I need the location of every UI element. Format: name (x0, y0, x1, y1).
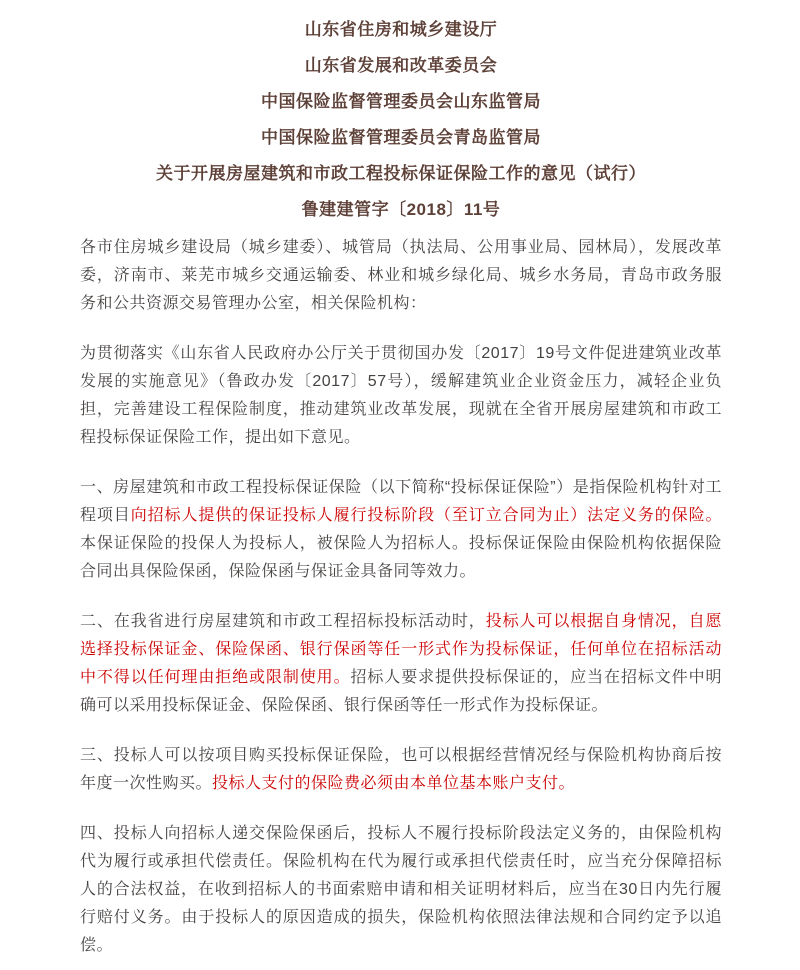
document-body: 各市住房城乡建设局（城乡建委）、城管局（执法局、公用事业局、园林局），发展改革委… (80, 234, 722, 960)
paragraph: 为贯彻落实《山东省人民政府办公厅关于贯彻国办发〔2017〕19号文件促进建筑业改… (80, 340, 722, 452)
doc-title-line-issuer-3: 中国保险监督管理委员会山东监管局 (80, 84, 722, 120)
text-segment: 各市住房城乡建设局（城乡建委）、城管局（执法局、公用事业局、园林局），发展改革委… (80, 239, 722, 312)
text-segment: 二、在我省进行房屋建筑和市政工程招标投标活动时， (80, 613, 486, 630)
text-segment: 为贯彻落实《山东省人民政府办公厅关于贯彻国办发〔2017〕19号文件促进建筑业改… (80, 345, 722, 446)
document-header: 山东省住房和城乡建设厅 山东省发展和改革委员会 中国保险监督管理委员会山东监管局… (80, 12, 722, 228)
highlighted-text-segment: 投标人支付的保险费必须由本单位基本账户支付。 (212, 775, 575, 792)
paragraph: 四、投标人向招标人递交保险保函后，投标人不履行投标阶段法定义务的，由保险机构代为… (80, 820, 722, 960)
doc-title-subject: 关于开展房屋建筑和市政工程投标保证保险工作的意见（试行） (80, 156, 722, 192)
highlighted-text-segment: 向招标人提供的保证投标人履行投标阶段（至订立合同为止）法定义务的保险。 (131, 507, 722, 524)
document-page: 山东省住房和城乡建设厅 山东省发展和改革委员会 中国保险监督管理委员会山东监管局… (0, 0, 800, 970)
paragraph: 各市住房城乡建设局（城乡建委）、城管局（执法局、公用事业局、园林局），发展改革委… (80, 234, 722, 318)
doc-title-line-issuer-1: 山东省住房和城乡建设厅 (80, 12, 722, 48)
text-segment: 四、投标人向招标人递交保险保函后，投标人不履行投标阶段法定义务的，由保险机构代为… (80, 825, 722, 954)
doc-title-line-issuer-4: 中国保险监督管理委员会青岛监管局 (80, 120, 722, 156)
paragraph: 二、在我省进行房屋建筑和市政工程招标投标活动时，投标人可以根据自身情况，自愿选择… (80, 608, 722, 720)
doc-number: 鲁建建管字〔2018〕11号 (80, 192, 722, 228)
paragraph: 三、投标人可以按项目购买投标保证保险，也可以根据经营情况经与保险机构协商后按年度… (80, 742, 722, 798)
paragraph: 一、房屋建筑和市政工程投标保证保险（以下简称“投标保证保险”）是指保险机构针对工… (80, 474, 722, 586)
doc-title-line-issuer-2: 山东省发展和改革委员会 (80, 48, 722, 84)
text-segment: 本保证保险的投保人为投标人，被保险人为招标人。投标保证保险由保险机构依据保险合同… (80, 535, 722, 580)
